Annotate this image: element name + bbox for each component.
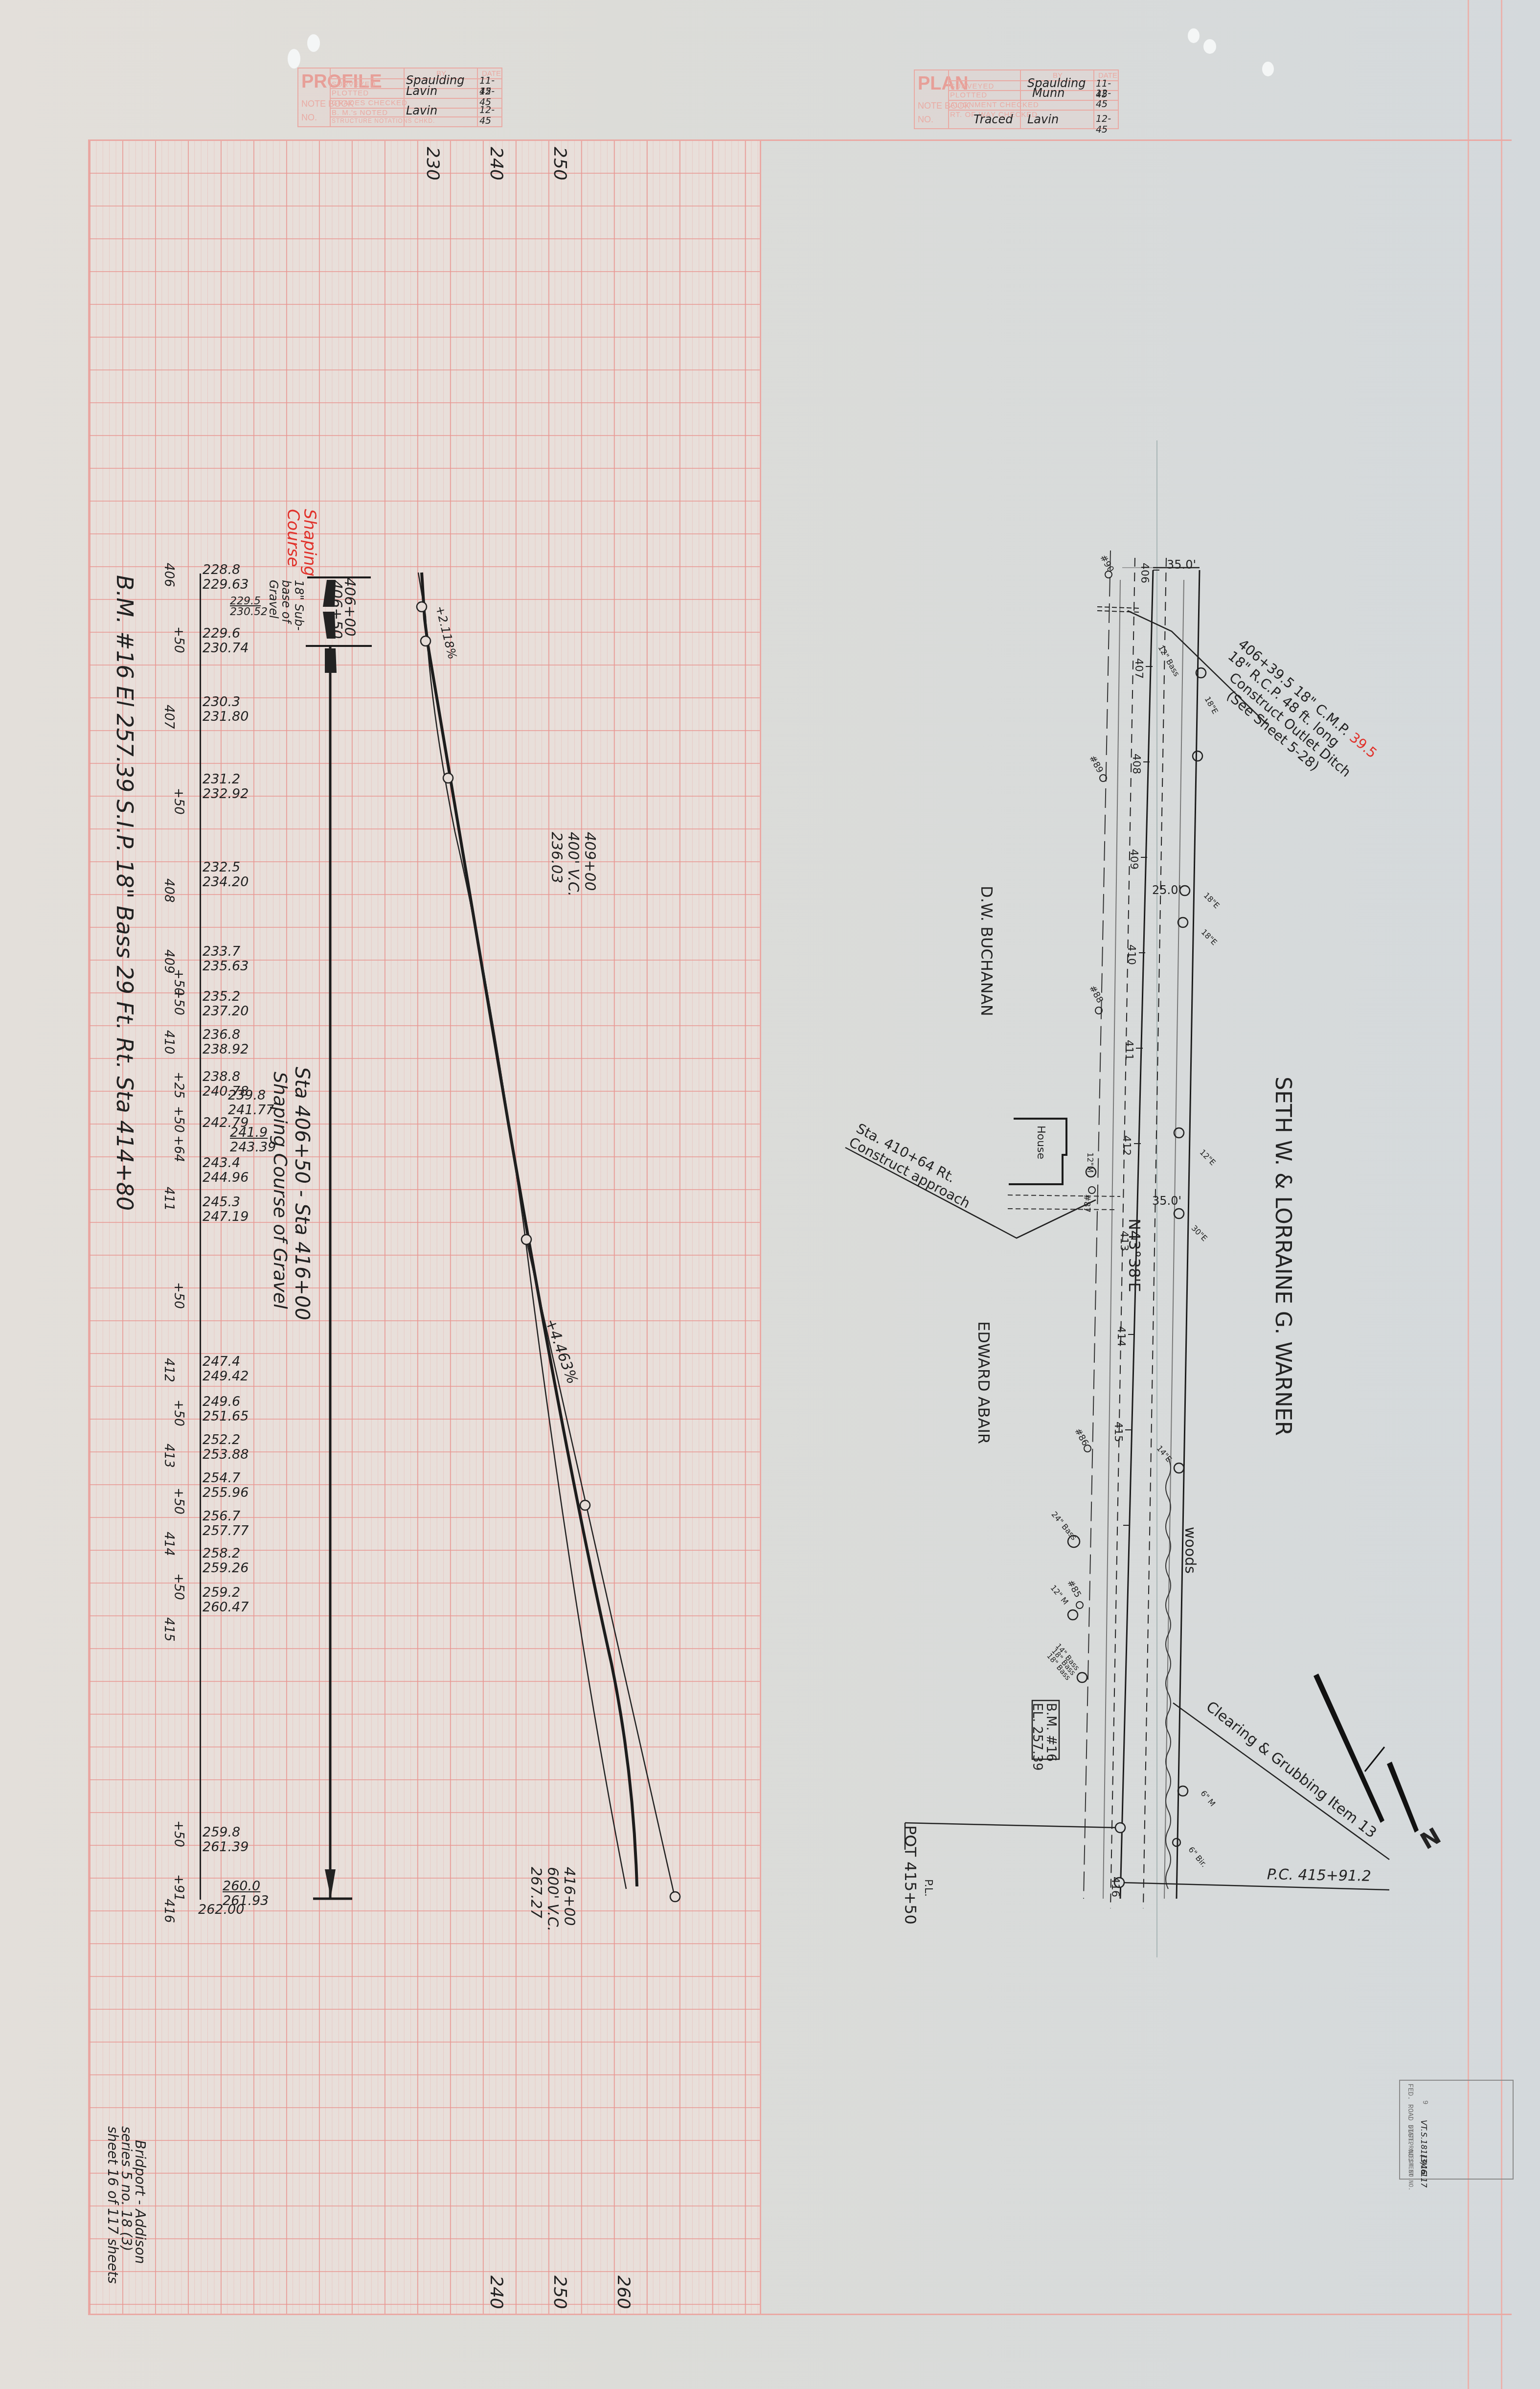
plan-station: 413 bbox=[1118, 1231, 1130, 1251]
stamp-value: 9 bbox=[1421, 2100, 1428, 2104]
dim-top: 35.0' bbox=[1167, 558, 1196, 572]
bm-box-label: B.M. #16EL. 257.39 bbox=[1030, 1703, 1058, 1770]
stamp-col: SHEET NO. bbox=[1407, 2159, 1414, 2191]
woods-label: woods bbox=[1181, 1527, 1199, 1574]
stamp-col: STATE bbox=[1407, 2125, 1414, 2142]
bearing-label: N43°38'E bbox=[1125, 1218, 1144, 1292]
tree-label: 12"M bbox=[1086, 1152, 1095, 1173]
plan-station: 407 bbox=[1132, 658, 1145, 679]
dim-low: 35.0' bbox=[1152, 1194, 1181, 1208]
dim-mid: 25.0' bbox=[1152, 883, 1181, 897]
plan-station: 411 bbox=[1123, 1040, 1135, 1060]
owner-east: SETH W. & LORRAINE G. WARNER bbox=[1270, 1077, 1295, 1436]
stamp-value: 117 bbox=[1419, 2173, 1428, 2188]
house-label: House bbox=[1035, 1126, 1047, 1159]
plan-station: 416 bbox=[1109, 1877, 1121, 1897]
pot-label: POT 415+50 bbox=[901, 1825, 920, 1925]
pl-label: P.L. bbox=[922, 1879, 934, 1897]
pc-label: P.C. 415+91.2 bbox=[1267, 1866, 1371, 1885]
plan-station: 415 bbox=[1112, 1422, 1124, 1442]
owner-west-north: D.W. BUCHANAN bbox=[977, 886, 996, 1016]
plan-station: 408 bbox=[1130, 754, 1142, 774]
drawing-sheet: PROFILE NOTE BOOK NO. BY DATE SURVEYED P… bbox=[0, 0, 1540, 2389]
plan-station: 409 bbox=[1128, 849, 1140, 870]
plan-station: 414 bbox=[1115, 1326, 1127, 1347]
plan-station: 406 bbox=[1138, 563, 1151, 583]
plan-linework bbox=[0, 0, 1540, 2389]
owner-west-south: EDWARD ABAIR bbox=[974, 1321, 993, 1444]
plan-station: 410 bbox=[1125, 944, 1137, 965]
fed-road-stamp: FED. ROAD DIST. NO. STATE PROJECT NO. SH… bbox=[1399, 2080, 1514, 2180]
stamp-value: VT. bbox=[1419, 2120, 1428, 2132]
pole-number: #87 bbox=[1082, 1194, 1092, 1213]
plan-station: 412 bbox=[1120, 1135, 1132, 1156]
